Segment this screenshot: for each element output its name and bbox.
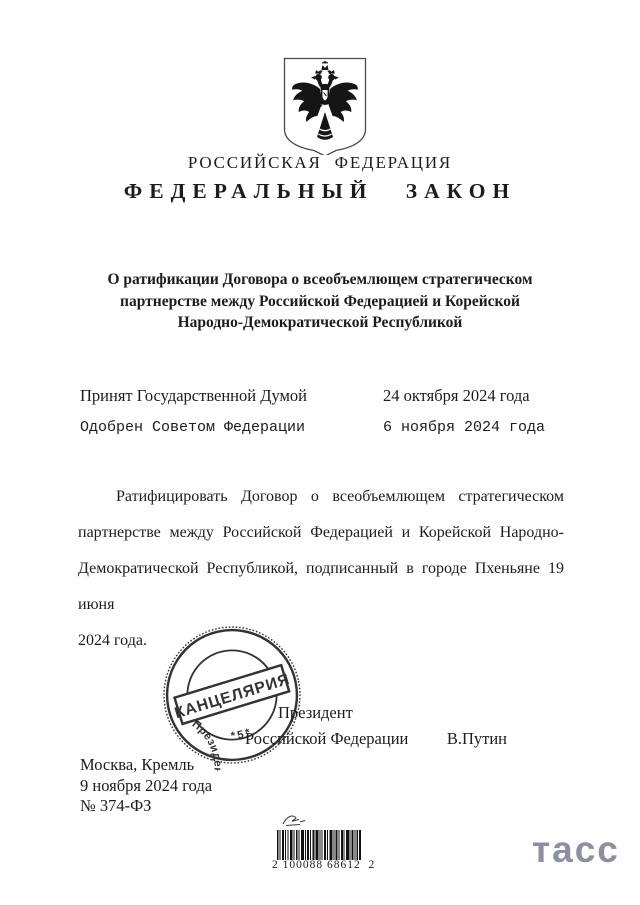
signature-post-line-2: Российской Федерации bbox=[245, 726, 408, 752]
body-line-2: партнерстве между Российской Федерацией … bbox=[78, 515, 564, 551]
signature-block: Президент Российской Федерации В.Путин bbox=[245, 700, 507, 752]
council-label: Одобрен Советом Федерации bbox=[80, 419, 305, 436]
council-date: 6 ноября 2024 года bbox=[383, 419, 545, 436]
coat-of-arms bbox=[283, 57, 367, 155]
signature-name: В.Путин bbox=[447, 726, 507, 752]
round-stamp-icon: Президент Российской Федерации * 5 * КАН… bbox=[148, 611, 316, 779]
adopted-by-duma-row: Принят Государственной Думой 24 октября … bbox=[80, 386, 560, 406]
barcode-digits: 2 100088 68612 2 bbox=[272, 859, 366, 871]
double-headed-eagle-icon bbox=[283, 57, 367, 155]
body-line-3: Демократической Республикой, подписанный… bbox=[78, 551, 564, 623]
law-title-line-1: О ратификации Договора о всеобъемлющем с… bbox=[70, 269, 570, 291]
document-type-heading: ФЕДЕРАЛЬНЫЙ ЗАКОН bbox=[0, 179, 640, 204]
signature-post-line-1: Президент bbox=[278, 700, 507, 726]
duma-label: Принят Государственной Думой bbox=[80, 386, 307, 405]
law-title-line-2: партнерстве между Российской Федерацией … bbox=[70, 291, 570, 313]
issue-date: 9 ноября 2024 года bbox=[80, 776, 212, 797]
law-document-page: РОССИЙСКАЯ ФЕДЕРАЦИЯ ФЕДЕРАЛЬНЫЙ ЗАКОН О… bbox=[0, 0, 640, 905]
issue-block: Москва, Кремль 9 ноября 2024 года № 374-… bbox=[80, 755, 212, 817]
law-title-line-3: Народно-Демократической Республикой bbox=[70, 312, 570, 334]
issue-number: № 374-ФЗ bbox=[80, 796, 212, 817]
handwritten-mark-icon bbox=[280, 813, 308, 828]
law-title: О ратификации Договора о всеобъемлющем с… bbox=[70, 269, 570, 334]
chancellery-stamp: Президент Российской Федерации * 5 * КАН… bbox=[148, 611, 316, 779]
barcode-icon bbox=[277, 830, 361, 860]
approved-by-council-row: Одобрен Советом Федерации 6 ноября 2024 … bbox=[80, 419, 560, 436]
body-line-1: Ратифицировать Договор о всеобъемлющем с… bbox=[78, 479, 564, 515]
tass-watermark: тасс bbox=[532, 832, 620, 868]
duma-date: 24 октября 2024 года bbox=[383, 386, 530, 406]
ratification-paragraph: Ратифицировать Договор о всеобъемлющем с… bbox=[78, 479, 564, 659]
country-heading: РОССИЙСКАЯ ФЕДЕРАЦИЯ bbox=[0, 153, 640, 173]
issue-place: Москва, Кремль bbox=[80, 755, 212, 776]
